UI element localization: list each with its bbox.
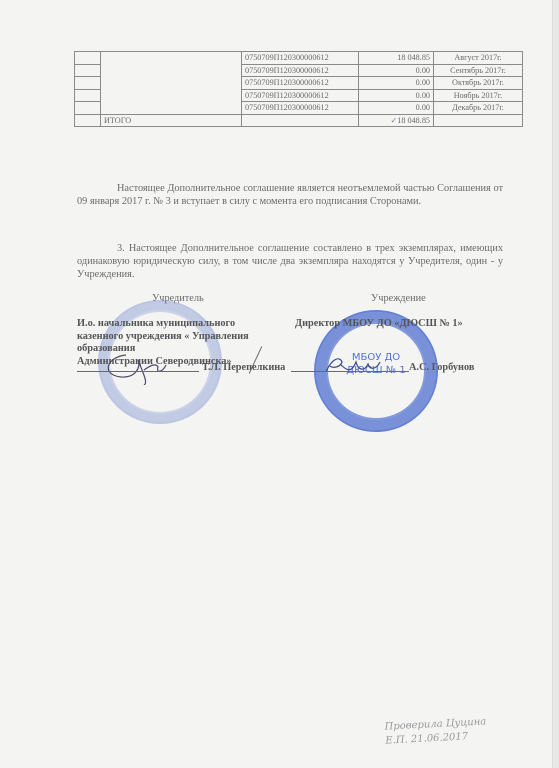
- handwritten-verification-note: Проверила Цуцина Е.П. 21.06.2017: [384, 715, 487, 748]
- period: Сентябрь 2017г.: [434, 64, 523, 77]
- amount: 0.00: [359, 64, 434, 77]
- paragraph-copies: 3. Настоящее Дополнительное соглашение с…: [77, 242, 503, 282]
- budget-code: 0750709П120300000612: [242, 102, 359, 115]
- scan-edge: [552, 0, 559, 768]
- table-row: 0750709П12030000061218 048.85Август 2017…: [75, 52, 523, 65]
- institution-title: Директор МБОУ ДО «ДЮСШ № 1»: [295, 318, 463, 331]
- document-page: 0750709П12030000061218 048.85Август 2017…: [0, 0, 559, 768]
- total-amount: ✓18 048.85: [359, 114, 434, 127]
- amount: 0.00: [359, 89, 434, 102]
- row-merged-cell: [101, 89, 242, 102]
- amount: 0.00: [359, 77, 434, 90]
- row-index-cell: [75, 77, 101, 90]
- row-index-cell: [75, 64, 101, 77]
- period: Октябрь 2017г.: [434, 77, 523, 90]
- institution-signature: [318, 350, 388, 380]
- row-index-cell: [75, 89, 101, 102]
- founder-signature: [96, 345, 186, 385]
- payment-schedule-table: 0750709П12030000061218 048.85Август 2017…: [74, 51, 523, 127]
- row-merged-cell: [101, 64, 242, 77]
- paragraph-effective: Настоящее Дополнительное соглашение явля…: [77, 182, 503, 208]
- table-total-row: ИТОГО ✓18 048.85: [75, 114, 523, 127]
- amount: 18 048.85: [359, 52, 434, 65]
- budget-code: 0750709П120300000612: [242, 64, 359, 77]
- institution-heading: Учреждение: [371, 293, 426, 304]
- period: Ноябрь 2017г.: [434, 89, 523, 102]
- period: Август 2017г.: [434, 52, 523, 65]
- budget-code: 0750709П120300000612: [242, 52, 359, 65]
- institution-signatory: А.С. Горбунов: [409, 362, 474, 373]
- table-row: 0750709П1203000006120.00Ноябрь 2017г.: [75, 89, 523, 102]
- row-merged-cell: [101, 77, 242, 90]
- budget-code: 0750709П120300000612: [242, 89, 359, 102]
- row-index-cell: [75, 102, 101, 115]
- institution-signature-line: [291, 371, 409, 372]
- row-index-cell: [75, 52, 101, 65]
- budget-code: 0750709П120300000612: [242, 77, 359, 90]
- founder-signatory: Т.Л. Перепелкина: [202, 362, 285, 373]
- total-label: ИТОГО: [101, 114, 242, 127]
- period: Декабрь 2017г.: [434, 102, 523, 115]
- row-merged-cell: [101, 102, 242, 115]
- row-merged-cell: [101, 52, 242, 65]
- founder-signature-line: [77, 371, 199, 372]
- table-row: 0750709П1203000006120.00Сентябрь 2017г.: [75, 64, 523, 77]
- table-row: 0750709П1203000006120.00Декабрь 2017г.: [75, 102, 523, 115]
- table-row: 0750709П1203000006120.00Октябрь 2017г.: [75, 77, 523, 90]
- amount: 0.00: [359, 102, 434, 115]
